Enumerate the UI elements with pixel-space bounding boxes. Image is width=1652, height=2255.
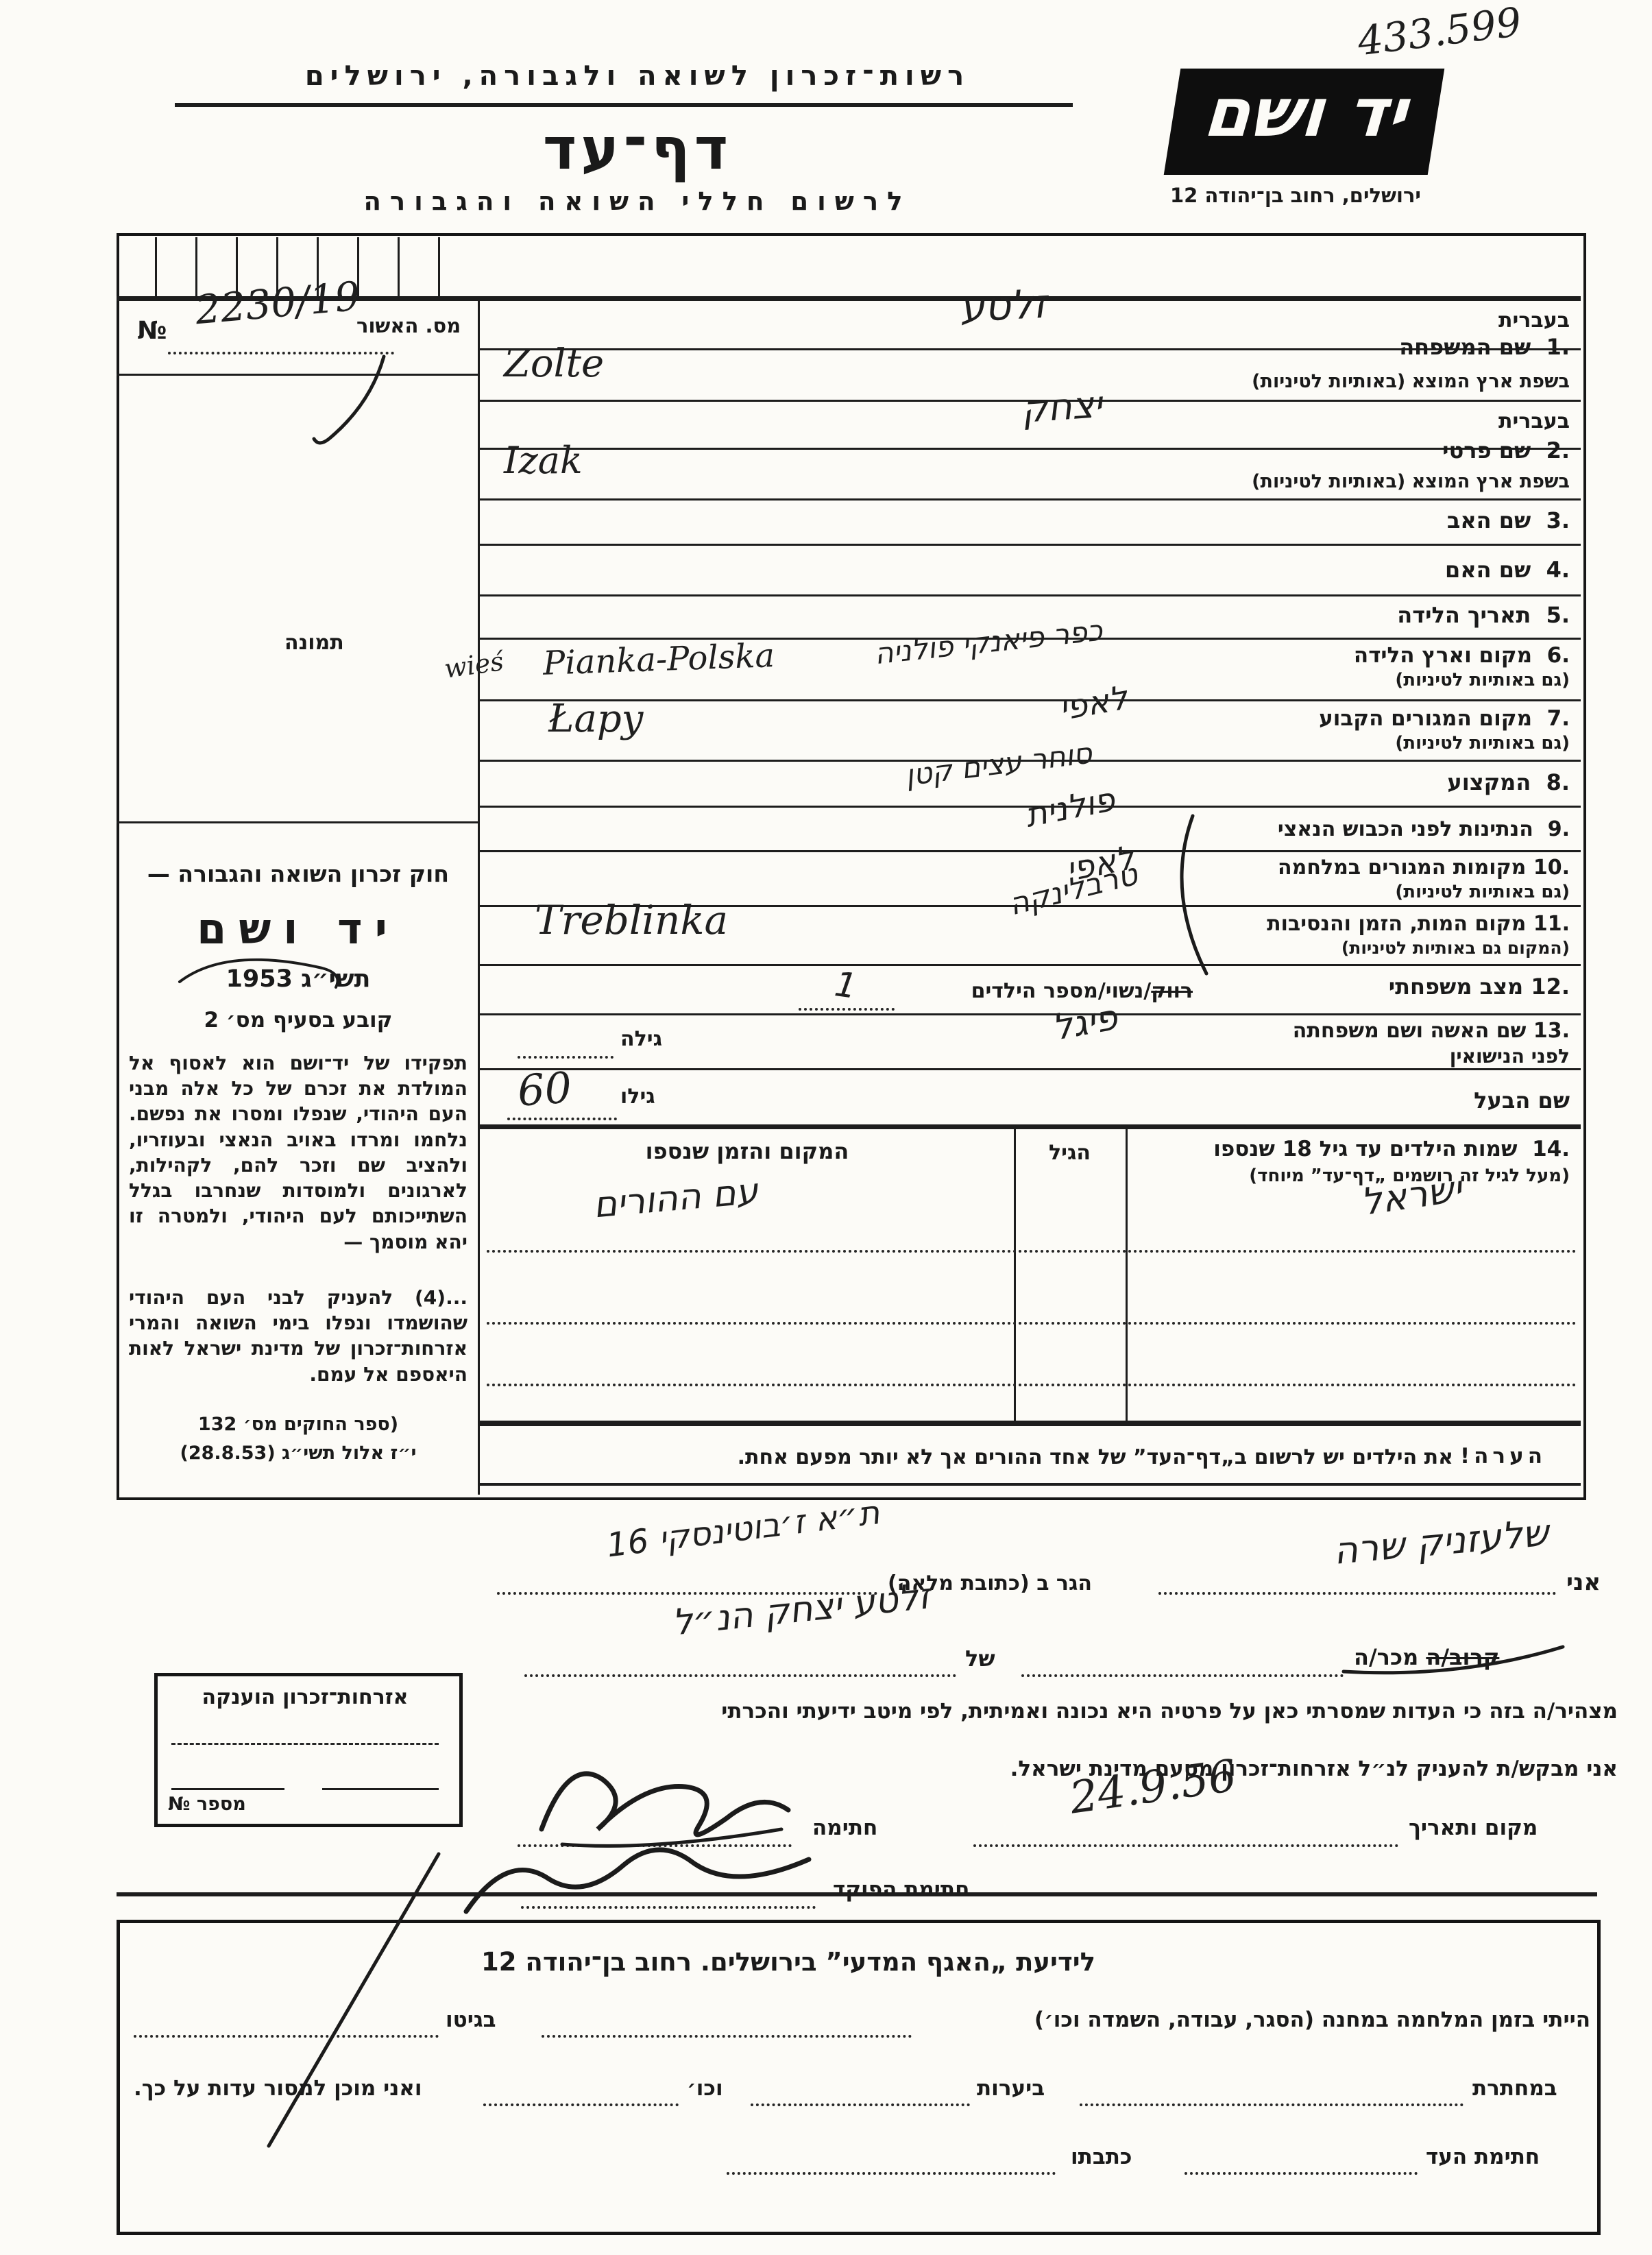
field5-number: 5. — [1546, 602, 1570, 628]
field7-label: 7. מקום המגורים הקבוע — [1206, 706, 1570, 731]
field14-label-text: שמות הילדים עד גיל 18 שנספו — [1213, 1137, 1517, 1161]
field8-number: 8. — [1546, 769, 1570, 795]
field13-label-text: שם האשה ושם משפחתה — [1293, 1019, 1527, 1043]
relative-struck: קרוב/ה — [1426, 1644, 1499, 1670]
witness-signature-label: חתימת העד — [1426, 2145, 1540, 2169]
field10-label: 10. מקומות המגורים במלחמה — [1206, 856, 1570, 880]
form-subtitle: לרשום חללי השואה והגבורה — [199, 186, 1076, 216]
row-line — [480, 594, 1581, 596]
row-line — [480, 1068, 1581, 1070]
bottom-frame-upper-rule — [117, 1892, 1597, 1896]
ghetto-dotted — [134, 2035, 439, 2038]
field4-label-text: שם האם — [1445, 557, 1531, 583]
declarant-signature-scribble — [542, 1774, 788, 1835]
field1-sublabel: בשפת ארץ המוצא (באותיות לטיניות) — [1189, 371, 1570, 392]
field10-sublabel: (גם באותיות לטיניות) — [1206, 882, 1570, 902]
field13-label2: לפני הנישואין — [1206, 1045, 1570, 1068]
logo-address: ירושלים, רחוב בן־יהודה 12 — [1131, 184, 1460, 207]
law-paragraph-2: ‏...(4) להעניק לבני העם היהודי שהושמדו ו… — [129, 1285, 467, 1387]
table-header-place: המקום והזמן שנספו — [494, 1138, 1001, 1164]
field6-number: 6. — [1547, 643, 1570, 668]
entry-family-name-latin: Zolte — [504, 341, 604, 386]
forests-label: ביערות — [977, 2076, 1045, 2101]
field3-number: 3. — [1546, 507, 1570, 533]
willing-to-testify-label: ואני מוכן למסור עדות על כך. — [134, 2076, 422, 2101]
authority-title: רשות־זכרון לשואה ולגבורה, ירושלים — [199, 60, 1076, 92]
entry-first-name-hebrew: יצחק — [1020, 383, 1104, 431]
declarant-signature-underline — [562, 1829, 781, 1846]
field9-label-text: הנתינות לפני הכבוש הנאצי — [1278, 817, 1533, 841]
table-row-dotted — [487, 1384, 1577, 1386]
science-dept-title: לידיעת „האגף המדעי” בירושלים. רחוב בן־יה… — [274, 1947, 1302, 1977]
field13-label: 13. שם האשה ושם משפחתה — [1206, 1019, 1570, 1043]
wife-age-label: גילה — [620, 1027, 662, 1051]
witness-address-label: כתבתו — [1071, 2145, 1132, 2169]
place-date-label: מקום ותאריך — [1409, 1816, 1538, 1840]
table-col-line-2 — [1014, 1129, 1016, 1423]
entry-husband-age: 60 — [516, 1062, 574, 1116]
field1-label-text: שם המשפחה — [1399, 334, 1531, 360]
table-header-age: הגיל — [1014, 1141, 1126, 1165]
citizenship-box-line-2 — [322, 1788, 439, 1790]
citizenship-box-line-1 — [171, 1788, 284, 1790]
field13-number: 13. — [1533, 1019, 1570, 1043]
photo-label: תמונה — [284, 631, 344, 655]
field11-label-text: מקום המות, הזמן והנסיבות — [1267, 912, 1526, 936]
entry-residence-latin: Łapy — [548, 697, 643, 741]
signature-label: חתימה — [812, 1816, 877, 1840]
field6-label: 6. מקום וארץ הלידה — [1206, 643, 1570, 668]
etc-dotted — [483, 2103, 679, 2106]
table-top-thick-line — [480, 1124, 1581, 1129]
witness-signature-dotted — [1185, 2172, 1418, 2175]
husband-name-label: שם הבעל — [1206, 1087, 1570, 1113]
field4-label: 4. שם האם — [1206, 557, 1570, 583]
camp-line-label: הייתי בזמן המלחמה במחנה (הסגר, עבודה, הש… — [919, 2007, 1590, 2032]
relative-acquaintance-label: קרוב/ה מכר/ה — [1354, 1644, 1499, 1670]
table-row-dotted — [487, 1250, 1577, 1253]
law-name: יד ושם — [130, 904, 466, 954]
declarant-i-label: אני — [1566, 1569, 1601, 1596]
field2-hebrew-tag: בעברית — [1206, 409, 1570, 433]
underground-label: במחתרת — [1472, 2076, 1557, 2101]
law-paragraph-1: תפקידו של יד־ושם הוא לאסוף אל המולדת את … — [129, 1050, 467, 1255]
marital-status-options: רווק/נשוי/מספר הילדים — [884, 979, 1193, 1003]
law-reference-2: י״ז אלול תשי״ג (28.8.53) — [130, 1443, 466, 1464]
declarant-name-dotted — [1158, 1592, 1556, 1595]
registrar-signature-dotted — [521, 1906, 816, 1909]
note-label: הערה! — [1460, 1444, 1546, 1469]
place-date-dotted — [973, 1844, 1398, 1847]
citizenship-box-title: אזרחות־זכרון הוענקה — [168, 1685, 442, 1709]
form-title: דף־עד — [199, 115, 1076, 182]
field12-label: 12. מצב משפחתי — [1206, 974, 1570, 1000]
archive-number-handwritten: 433.599 — [1287, 0, 1592, 73]
field1-number: 1. — [1546, 334, 1570, 360]
left-column-divider — [478, 301, 480, 1495]
declarant-address-handwritten: ת״א ז׳בוטינסקי 16 — [496, 1493, 882, 1578]
relative-dotted-2 — [524, 1674, 956, 1677]
field8-label: 8. המקצוע — [1206, 769, 1570, 795]
row-line — [480, 544, 1581, 546]
table-col-line-1 — [1126, 1129, 1128, 1423]
husband-age-dotted — [507, 1118, 617, 1120]
field2-number: 2. — [1546, 437, 1570, 463]
field3-label: 3. שם האב — [1206, 507, 1570, 533]
table-bottom-thick-line — [480, 1421, 1581, 1426]
field7-label-text: מקום המגורים הקבוע — [1319, 706, 1532, 731]
yad-vashem-logo: יד ושם — [1164, 69, 1445, 175]
wife-age-dotted — [518, 1056, 614, 1059]
of-label: של — [965, 1645, 995, 1672]
entry-family-name-hebrew: זלטע — [958, 280, 1047, 332]
law-reference-1: (ספר החוקים מס׳ 132 — [130, 1414, 466, 1435]
field2-label-text: שם פרטי — [1442, 437, 1531, 463]
field9-label: 9. הנתינות לפני הכבוש הנאצי — [1206, 817, 1570, 841]
registrar-signature-label: חתימת הפוקד — [833, 1877, 969, 1902]
ghetto-label: בגיטו — [446, 2007, 496, 2032]
approval-dotted-line — [168, 352, 394, 354]
entry-birthplace-latin: Pianka-Polska — [542, 636, 775, 683]
approval-row-line — [117, 374, 480, 376]
forests-dotted — [751, 2103, 970, 2106]
row-line — [480, 850, 1581, 852]
law-year: תשי״ג 1953 — [130, 965, 466, 993]
of-name-handwritten: זלטע יצחק הנ״ל — [670, 1576, 932, 1643]
citizenship-box-number-label: מספר № — [168, 1794, 246, 1815]
field10-number: 10. — [1533, 856, 1570, 880]
row-line — [480, 498, 1581, 501]
field10-label-text: מקומות המגורים במלחמה — [1278, 856, 1526, 880]
field12-label-text: מצב משפחתי — [1389, 974, 1523, 1000]
row-line — [480, 1013, 1581, 1015]
field1-hebrew-tag: בעברית — [1206, 309, 1570, 333]
registrar-signature-scribble — [466, 1850, 809, 1912]
field2-sublabel: בשפת ארץ המוצא (באותיות לטיניות) — [1189, 471, 1570, 492]
field4-number: 4. — [1546, 557, 1570, 583]
entry-death-place-latin: Treblinka — [535, 897, 728, 943]
field11-number: 11. — [1533, 912, 1570, 936]
field6-sublabel: (גם באותיות לטיניות) — [1206, 670, 1570, 690]
law-box-top-line — [117, 821, 480, 823]
field14-label: 14. שמות הילדים עד גיל 18 שנספו — [1158, 1137, 1570, 1161]
camp-dotted — [542, 2035, 912, 2038]
header-underline — [175, 103, 1073, 107]
declaration-statement: מצהיר/ה בזה כי העדות שמסרתי כאן על פרטיה… — [507, 1699, 1618, 1724]
field5-label: 5. תאריך הלידה — [1206, 602, 1570, 628]
row-line — [480, 964, 1581, 966]
frame-bottom-double-rule — [480, 1483, 1581, 1486]
field12-number: 12. — [1531, 974, 1570, 1000]
underground-dotted — [1080, 2103, 1463, 2106]
table-row-dotted — [487, 1322, 1577, 1325]
yad-vashem-logo-text: יד ושם — [1170, 74, 1441, 152]
relative-dotted-1 — [1021, 1674, 1344, 1677]
declarant-name-handwritten: שלעזניק שרה — [1164, 1511, 1550, 1588]
field6-label-text: מקום וארץ הלידה — [1354, 643, 1532, 668]
field9-number: 9. — [1548, 817, 1570, 841]
field5-label-text: תאריך הלידה — [1397, 602, 1531, 628]
status-rest: /נשוי/מספר הילדים — [971, 979, 1152, 1003]
field14-number: 14. — [1532, 1137, 1570, 1161]
law-section: קובע בסעיף מס׳ 2 — [130, 1008, 466, 1033]
acquaintance-text: מכר/ה — [1354, 1644, 1426, 1670]
field3-label-text: שם האב — [1447, 507, 1531, 533]
husband-age-label: גילו — [620, 1085, 655, 1109]
field11-sublabel: (המקום גם באותיות לטיניות) — [1206, 938, 1570, 958]
field7-number: 7. — [1547, 706, 1570, 731]
note-text: את הילדים יש לרשום ב„דף־העד” של אחד ההור… — [480, 1445, 1453, 1469]
approval-no-sign: № — [137, 317, 167, 345]
entry-first-name-latin: Izak — [504, 439, 583, 482]
children-count-dotted — [799, 1008, 895, 1011]
testimony-page-scan: 433.599 רשות־זכרון לשואה ולגבורה, ירושלי… — [0, 0, 1652, 2255]
field1-label: 1. שם המשפחה — [1206, 334, 1570, 360]
field7-sublabel: (גם באותיות לטיניות) — [1206, 733, 1570, 753]
status-single-struck: רווק — [1151, 979, 1193, 1003]
citizenship-box-dashed-line — [171, 1743, 439, 1745]
field11-label: 11. מקום המות, הזמן והנסיבות — [1206, 912, 1570, 936]
etc-label: וכו׳ — [687, 2076, 723, 2101]
witness-address-dotted — [727, 2172, 1056, 2175]
row-line — [480, 699, 1581, 701]
field2-label: 2. שם פרטי — [1206, 437, 1570, 463]
field8-label-text: המקצוע — [1447, 769, 1531, 795]
law-intro: חוק זכרון השואה והגבורה — — [130, 860, 466, 887]
signature-dotted — [518, 1844, 792, 1847]
